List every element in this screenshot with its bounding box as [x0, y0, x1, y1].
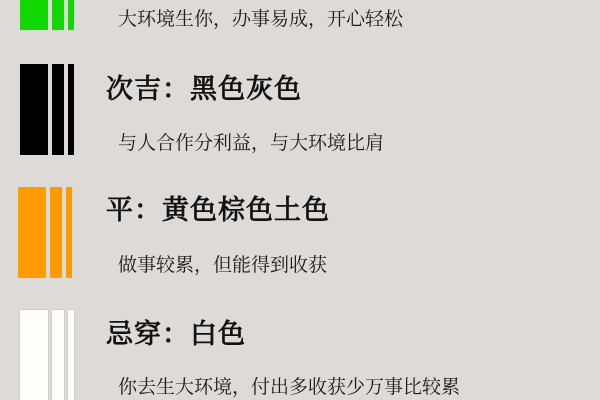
- swatch-bar: [20, 0, 48, 30]
- swatch-bar: [20, 64, 48, 155]
- swatch-bar: [68, 310, 74, 400]
- section-title-orange: 平：黄色棕色土色: [106, 188, 330, 227]
- swatch-bar: [52, 310, 64, 400]
- section-description-black: 与人合作分利益，与大环境比肩: [118, 128, 384, 155]
- color-swatch-orange: [18, 187, 78, 278]
- swatch-bar: [68, 0, 74, 30]
- color-swatch-green: [20, 0, 80, 30]
- color-swatch-white: [20, 310, 80, 400]
- section-title-black: 次吉：黑色灰色: [106, 67, 302, 106]
- swatch-bar: [52, 64, 64, 155]
- section-description-orange: 做事较累，但能得到收获: [118, 250, 327, 277]
- section-description-white: 你去生大环境，付出多收获少万事比较累: [118, 372, 460, 399]
- section-title-white: 忌穿：白色: [106, 312, 246, 351]
- swatch-bar: [50, 187, 62, 278]
- swatch-bar: [20, 310, 48, 400]
- section-description-green: 大环境生你，办事易成，开心轻松: [118, 4, 403, 31]
- swatch-bar: [52, 0, 64, 30]
- color-swatch-black: [20, 64, 80, 155]
- swatch-bar: [66, 187, 72, 278]
- swatch-bar: [18, 187, 46, 278]
- swatch-bar: [68, 64, 74, 155]
